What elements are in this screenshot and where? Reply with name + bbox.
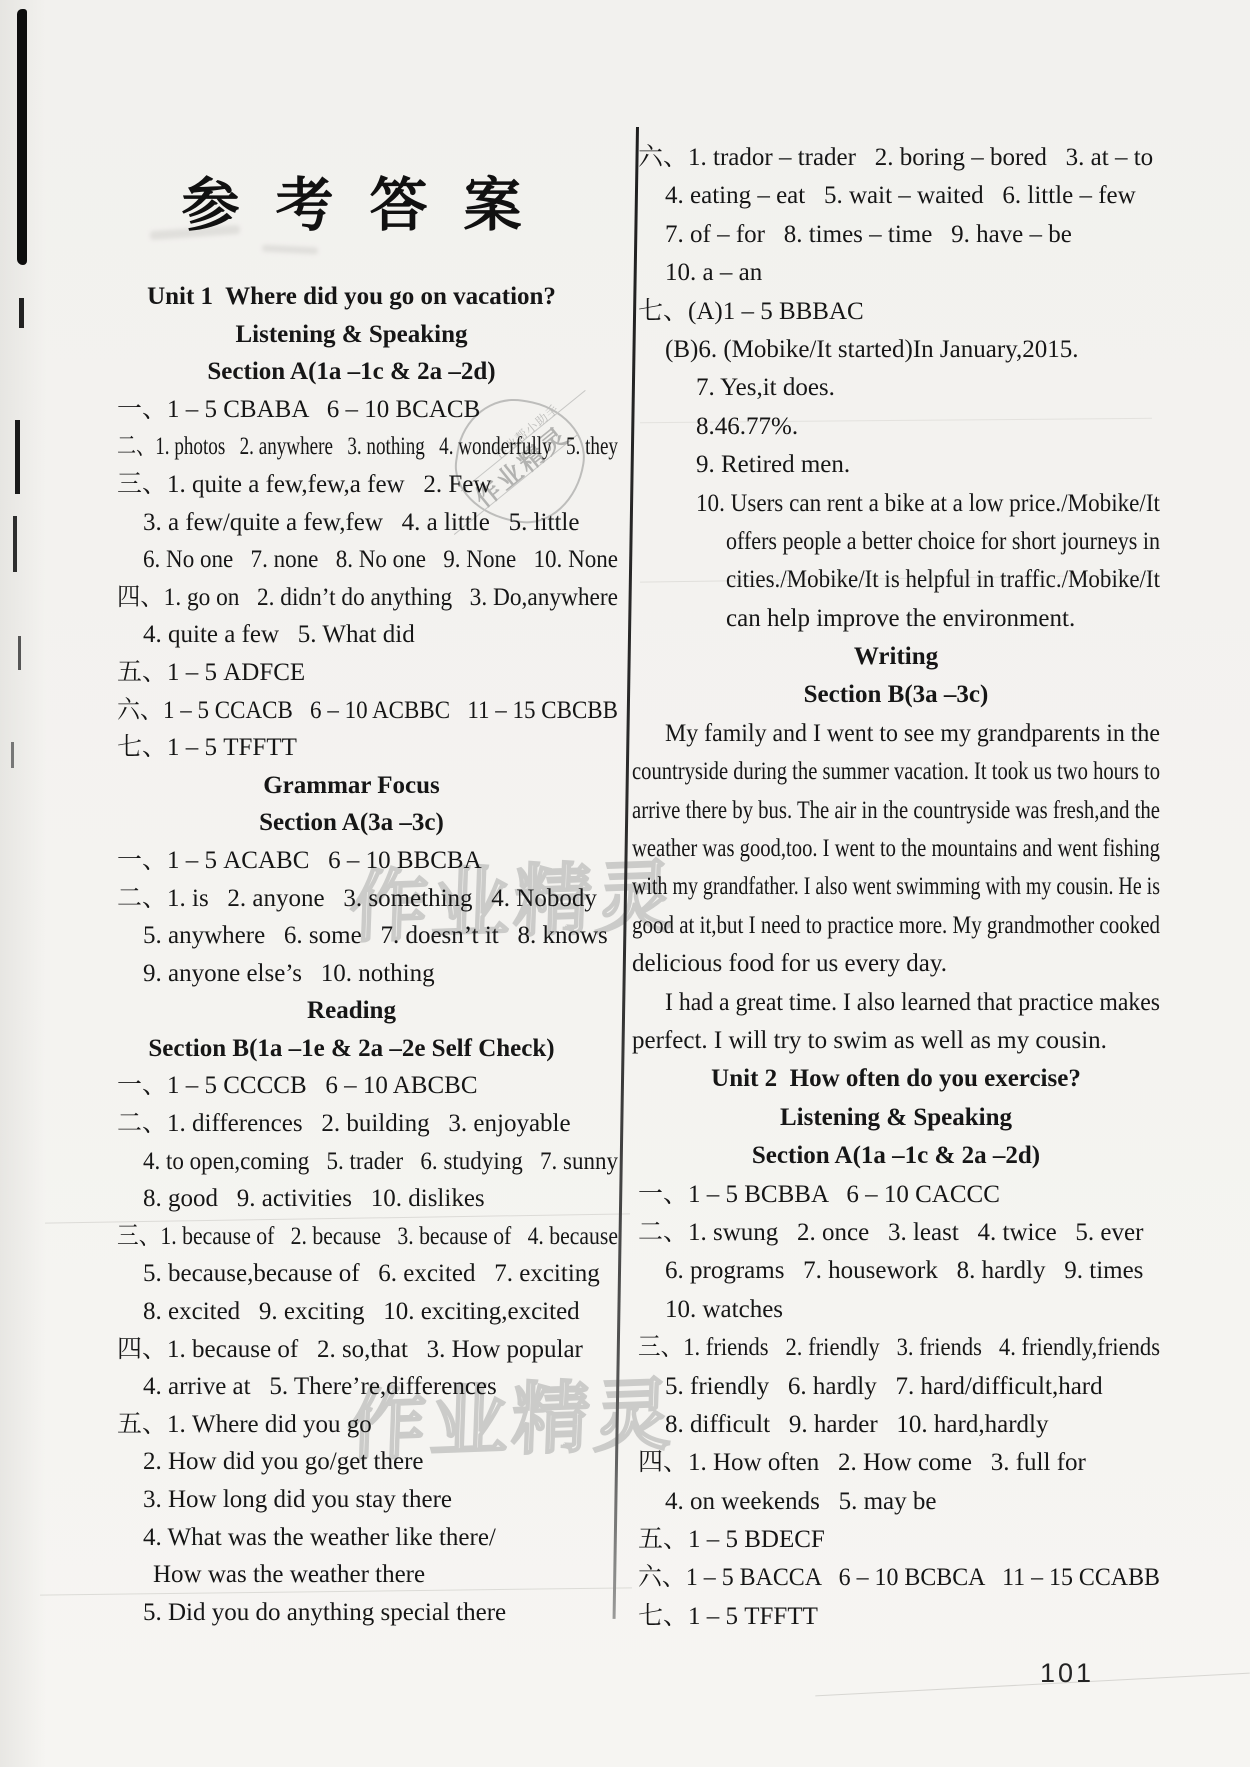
answer-line: 二、1. is 2. anyone 3. something 4. Nobody xyxy=(85,880,618,918)
answer-line: 9. anyone else’s 10. nothing xyxy=(85,955,618,993)
answer-line: 一、1 – 5 CBABA 6 – 10 BCACB xyxy=(85,391,618,429)
answer-line: 4. quite a few 5. What did xyxy=(85,616,618,654)
answer-line: 三、1. quite a few,few,a few 2. Few xyxy=(85,466,618,504)
answer-line: 10. a – an xyxy=(632,254,1160,292)
essay-line: I had a great time. I also learned that … xyxy=(632,984,1160,1022)
answer-line: 三、1. because of 2. because 3. because of… xyxy=(85,1218,618,1256)
answer-line: 8. excited 9. exciting 10. exciting,exci… xyxy=(85,1293,618,1331)
scan-edge-mark xyxy=(15,420,20,494)
answer-line: 四、1. How often 2. How come 3. full for xyxy=(632,1444,1160,1482)
answer-line: 6. programs 7. housework 8. hardly 9. ti… xyxy=(632,1252,1160,1290)
answer-line: 六、1 – 5 BACCA 6 – 10 BCBCA 11 – 15 CCABB xyxy=(632,1559,1160,1597)
answer-line: 一、1 – 5 ACABC 6 – 10 BBCBA xyxy=(85,842,618,880)
section-heading: Reading xyxy=(85,992,618,1030)
page-number: 101 xyxy=(1040,1658,1094,1689)
answer-line: 七、(A)1 – 5 BBBAC xyxy=(632,293,1160,331)
section-heading: Section A(3a –3c) xyxy=(85,804,618,842)
answer-line: (B)6. (Mobike/It started)In January,2015… xyxy=(632,331,1160,369)
answer-line: 8.46.77%. xyxy=(632,408,1160,446)
answer-line: 七、1 – 5 TFFTT xyxy=(632,1598,1160,1636)
left-column: Unit 1 Where did you go on vacation? Lis… xyxy=(85,278,618,1631)
section-heading: Section B(3a –3c) xyxy=(632,676,1160,714)
unit-heading: Unit 1 Where did you go on vacation? xyxy=(85,278,618,316)
essay-line: good at it,but I need to practice more. … xyxy=(632,907,1160,945)
scan-edge-mark xyxy=(11,742,14,768)
scan-smudge xyxy=(262,245,318,255)
answer-line: 一、1 – 5 CCCCB 6 – 10 ABCBC xyxy=(85,1067,618,1105)
scan-edge-mark xyxy=(17,9,27,265)
answer-line: offers people a better choice for short … xyxy=(632,523,1160,561)
answer-line: How was the weather there xyxy=(85,1556,618,1594)
answer-line: 4. What was the weather like there/ xyxy=(85,1519,618,1557)
section-heading: Grammar Focus xyxy=(85,767,618,805)
section-heading: Section B(1a –1e & 2a –2e Self Check) xyxy=(85,1030,618,1068)
scan-edge-mark xyxy=(18,636,21,670)
right-column: 六、1. trador – trader 2. boring – bored 3… xyxy=(632,139,1160,1636)
essay-line: arrive there by bus. The air in the coun… xyxy=(632,792,1160,830)
scan-edge-mark xyxy=(19,298,24,328)
answer-line: 五、1. Where did you go xyxy=(85,1406,618,1444)
answer-line: 六、1 – 5 CCACB 6 – 10 ACBBC 11 – 15 CBCBB xyxy=(85,692,618,730)
essay-line: My family and I went to see my grandpare… xyxy=(632,715,1160,753)
section-heading: Listening & Speaking xyxy=(85,316,618,354)
answer-line: 7. of – for 8. times – time 9. have – be xyxy=(632,216,1160,254)
answer-line: 4. arrive at 5. There’re,differences xyxy=(85,1368,618,1406)
answer-line: 2. How did you go/get there xyxy=(85,1443,618,1481)
answer-line: 一、1 – 5 BCBBA 6 – 10 CACCC xyxy=(632,1176,1160,1214)
answer-line: 5. friendly 6. hardly 7. hard/difficult,… xyxy=(632,1368,1160,1406)
answer-line: 4. on weekends 5. may be xyxy=(632,1483,1160,1521)
answer-line: 五、1 – 5 ADFCE xyxy=(85,654,618,692)
answer-line: 六、1. trador – trader 2. boring – bored 3… xyxy=(632,139,1160,177)
answer-line: 二、1. photos 2. anywhere 3. nothing 4. wo… xyxy=(85,428,618,466)
answer-line: 7. Yes,it does. xyxy=(632,369,1160,407)
section-heading: Writing xyxy=(632,638,1160,676)
answer-line: 5. anywhere 6. some 7. doesn’t it 8. kno… xyxy=(85,917,618,955)
answer-line: 5. Did you do anything special there xyxy=(85,1594,618,1632)
essay-line: with my grandfather. I also went swimmin… xyxy=(632,868,1160,906)
scan-edge-mark xyxy=(13,516,17,572)
scanned-answer-page: 作业精灵 作业精灵 作业帮小助手 作业精灵 参考答案 Unit 1 Where … xyxy=(0,0,1250,1767)
scan-artifact-line xyxy=(815,1673,1249,1697)
essay-line: weather was good,too. I went to the moun… xyxy=(632,830,1160,868)
answer-line: 三、1. friends 2. friendly 3. friends 4. f… xyxy=(632,1329,1160,1367)
answer-line: cities./Mobike/It is helpful in traffic.… xyxy=(632,561,1160,599)
section-heading: Section A(1a –1c & 2a –2d) xyxy=(85,353,618,391)
essay-line: perfect. I will try to swim as well as m… xyxy=(632,1022,1160,1060)
answer-line: 五、1 – 5 BDECF xyxy=(632,1521,1160,1559)
essay-line: countryside during the summer vacation. … xyxy=(632,753,1160,791)
answer-line: 四、1. go on 2. didn’t do anything 3. Do,a… xyxy=(85,579,618,617)
page-title: 参考答案 xyxy=(85,158,618,242)
answer-line: 8. difficult 9. harder 10. hard,hardly xyxy=(632,1406,1160,1444)
answer-line: 四、1. because of 2. so,that 3. How popula… xyxy=(85,1331,618,1369)
section-heading: Section A(1a –1c & 2a –2d) xyxy=(632,1137,1160,1175)
answer-line: 4. to open,coming 5. trader 6. studying … xyxy=(85,1143,618,1181)
unit-heading: Unit 2 How often do you exercise? xyxy=(632,1060,1160,1098)
answer-line: 七、1 – 5 TFFTT xyxy=(85,729,618,767)
answer-line: 3. How long did you stay there xyxy=(85,1481,618,1519)
section-heading: Listening & Speaking xyxy=(632,1099,1160,1137)
essay-line: delicious food for us every day. xyxy=(632,945,1160,983)
answer-line: 10. watches xyxy=(632,1291,1160,1329)
answer-line: 10. Users can rent a bike at a low price… xyxy=(632,485,1160,523)
answer-line: 9. Retired men. xyxy=(632,446,1160,484)
answer-line: 6. No one 7. none 8. No one 9. None 10. … xyxy=(85,541,618,579)
answer-line: 4. eating – eat 5. wait – waited 6. litt… xyxy=(632,177,1160,215)
answer-line: can help improve the environment. xyxy=(632,600,1160,638)
answer-line: 二、1. differences 2. building 3. enjoyabl… xyxy=(85,1105,618,1143)
answer-line: 二、1. swung 2. once 3. least 4. twice 5. … xyxy=(632,1214,1160,1252)
answer-line: 8. good 9. activities 10. dislikes xyxy=(85,1180,618,1218)
answer-line: 3. a few/quite a few,few 4. a little 5. … xyxy=(85,504,618,542)
answer-line: 5. because,because of 6. excited 7. exci… xyxy=(85,1255,618,1293)
